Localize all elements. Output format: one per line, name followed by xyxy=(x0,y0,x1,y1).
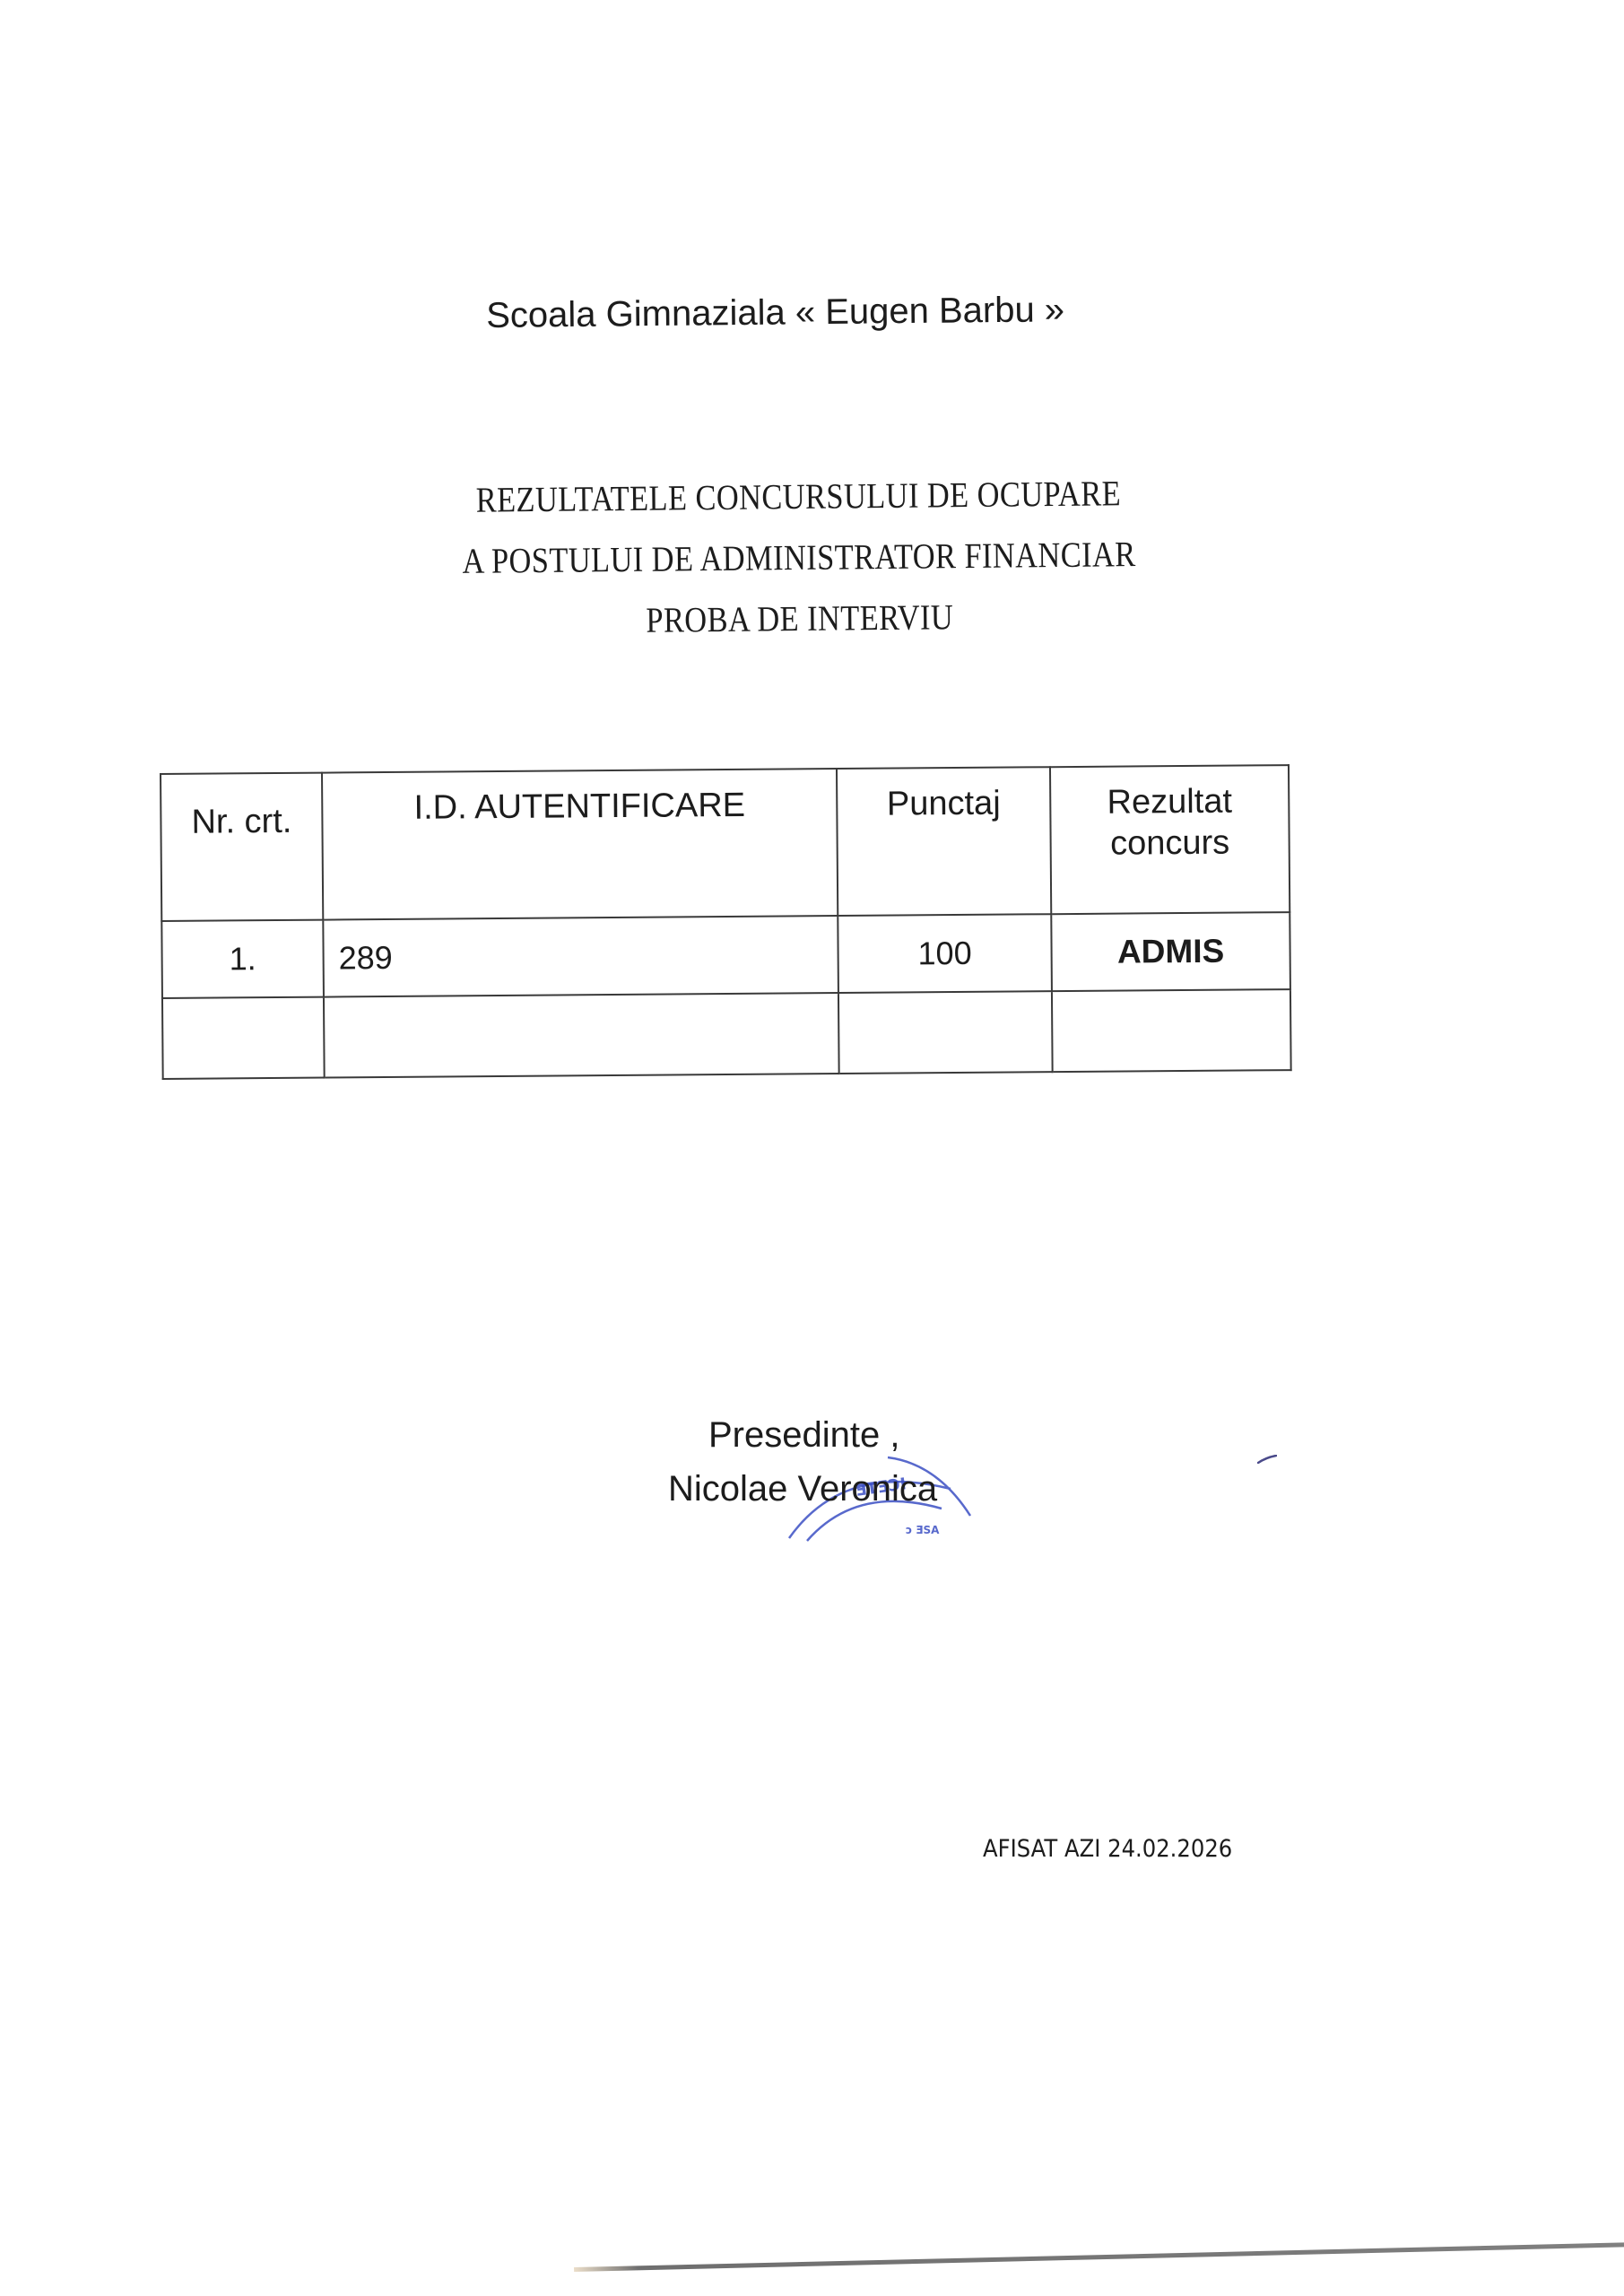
cell-punctaj xyxy=(838,991,1053,1074)
cell-nr xyxy=(162,997,325,1079)
document-title: REZULTATELE CONCURSULUI DE OCUPARE A POS… xyxy=(459,463,1140,653)
signature-block: Presedinte , Nicolae Veronica xyxy=(668,1408,937,1516)
pen-mark-icon xyxy=(1257,1455,1277,1464)
header-punctaj: Punctaj xyxy=(837,767,1051,916)
cell-id xyxy=(324,993,839,1078)
results-table: Nr. crt. I.D. AUTENTIFICARE Punctaj Rezu… xyxy=(160,764,1292,1080)
cell-nr: 1. xyxy=(161,920,324,998)
cell-punctaj: 100 xyxy=(838,914,1052,993)
signature-name: Nicolae Veronica xyxy=(668,1462,937,1516)
svg-text:ɔ ƎSA: ɔ ƎSA xyxy=(906,1524,940,1536)
title-line-3: PROBA DE INTERVIU xyxy=(460,585,1139,653)
header-id-autentificare: I.D. AUTENTIFICARE xyxy=(322,769,838,920)
table-header-row: Nr. crt. I.D. AUTENTIFICARE Punctaj Rezu… xyxy=(161,765,1290,921)
header-nr-crt: Nr. crt. xyxy=(161,773,323,921)
header-rezultat: Rezultat concurs xyxy=(1050,765,1290,914)
table-row xyxy=(162,989,1291,1079)
scan-edge-divider xyxy=(574,2242,1624,2272)
cell-id: 289 xyxy=(323,916,838,997)
posted-date: AFISAT AZI 24.02.2026 xyxy=(983,1835,1232,1863)
cell-rezultat: ADMIS xyxy=(1051,912,1290,991)
header-rezultat-text: Rezultat concurs xyxy=(1102,781,1238,865)
cell-rezultat xyxy=(1052,989,1291,1072)
table-row: 1. 289 100 ADMIS xyxy=(161,912,1290,998)
title-line-2: A POSTULUI DE ADMINISTRATOR FINANCIAR xyxy=(459,524,1138,592)
school-name: Scoala Gimnaziala « Eugen Barbu » xyxy=(486,290,1114,336)
title-line-1: REZULTATELE CONCURSULUI DE OCUPARE xyxy=(459,463,1138,531)
